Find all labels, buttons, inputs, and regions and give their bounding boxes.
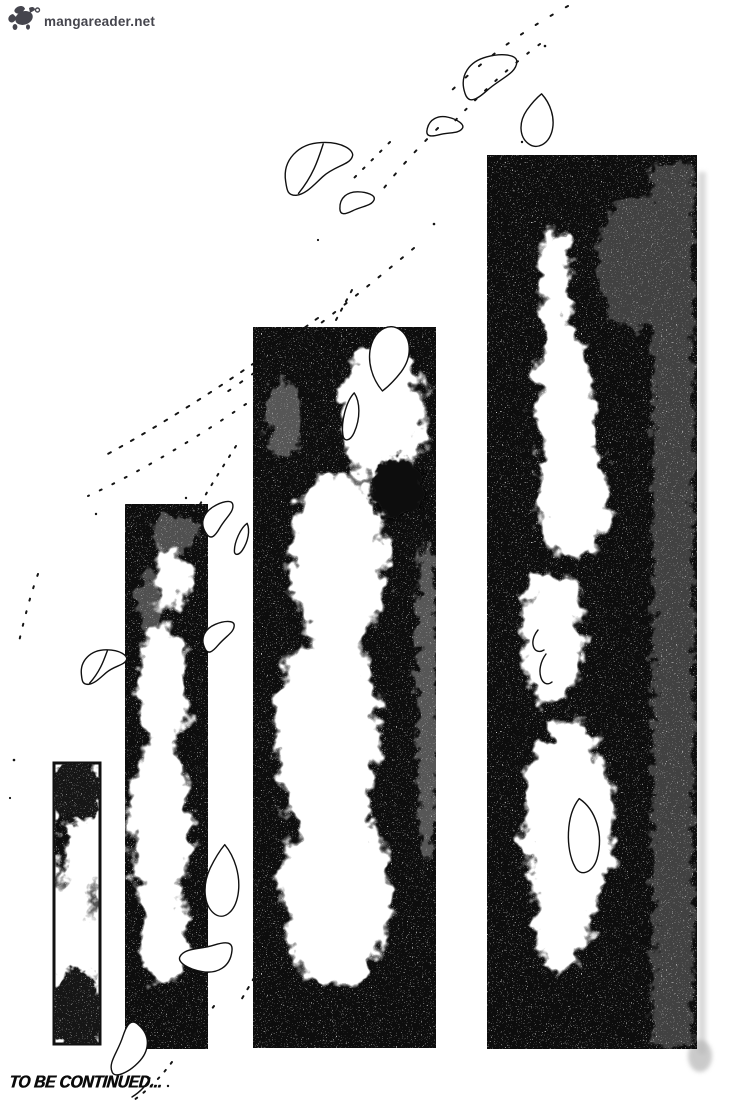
falling-petal <box>519 92 556 148</box>
ink-bar-4-halo <box>698 172 706 1054</box>
ink-bar-4 <box>487 155 712 1072</box>
manga-page-art <box>0 0 730 1109</box>
mangareader-mascot-icon <box>7 4 41 31</box>
falling-petal <box>283 138 354 200</box>
manga-page: mangareader.net <box>0 0 730 1109</box>
falling-petal <box>232 522 252 556</box>
site-watermark: mangareader.net <box>7 4 155 31</box>
falling-petal <box>79 646 127 689</box>
site-watermark-text: mangareader.net <box>44 15 155 32</box>
falling-petal <box>459 52 522 101</box>
debris-trail <box>198 446 236 508</box>
debris-trail <box>384 128 438 188</box>
debris-trail <box>88 404 246 496</box>
debris-trail <box>348 142 390 184</box>
falling-petal <box>339 190 375 217</box>
ink-bar-1 <box>51 760 101 1054</box>
debris-trail <box>240 978 254 1002</box>
falling-petal <box>204 844 240 917</box>
debris-trail <box>18 574 38 646</box>
falling-petal <box>425 112 464 145</box>
to-be-continued-caption: TO BE CONTINUED... <box>8 1073 163 1093</box>
